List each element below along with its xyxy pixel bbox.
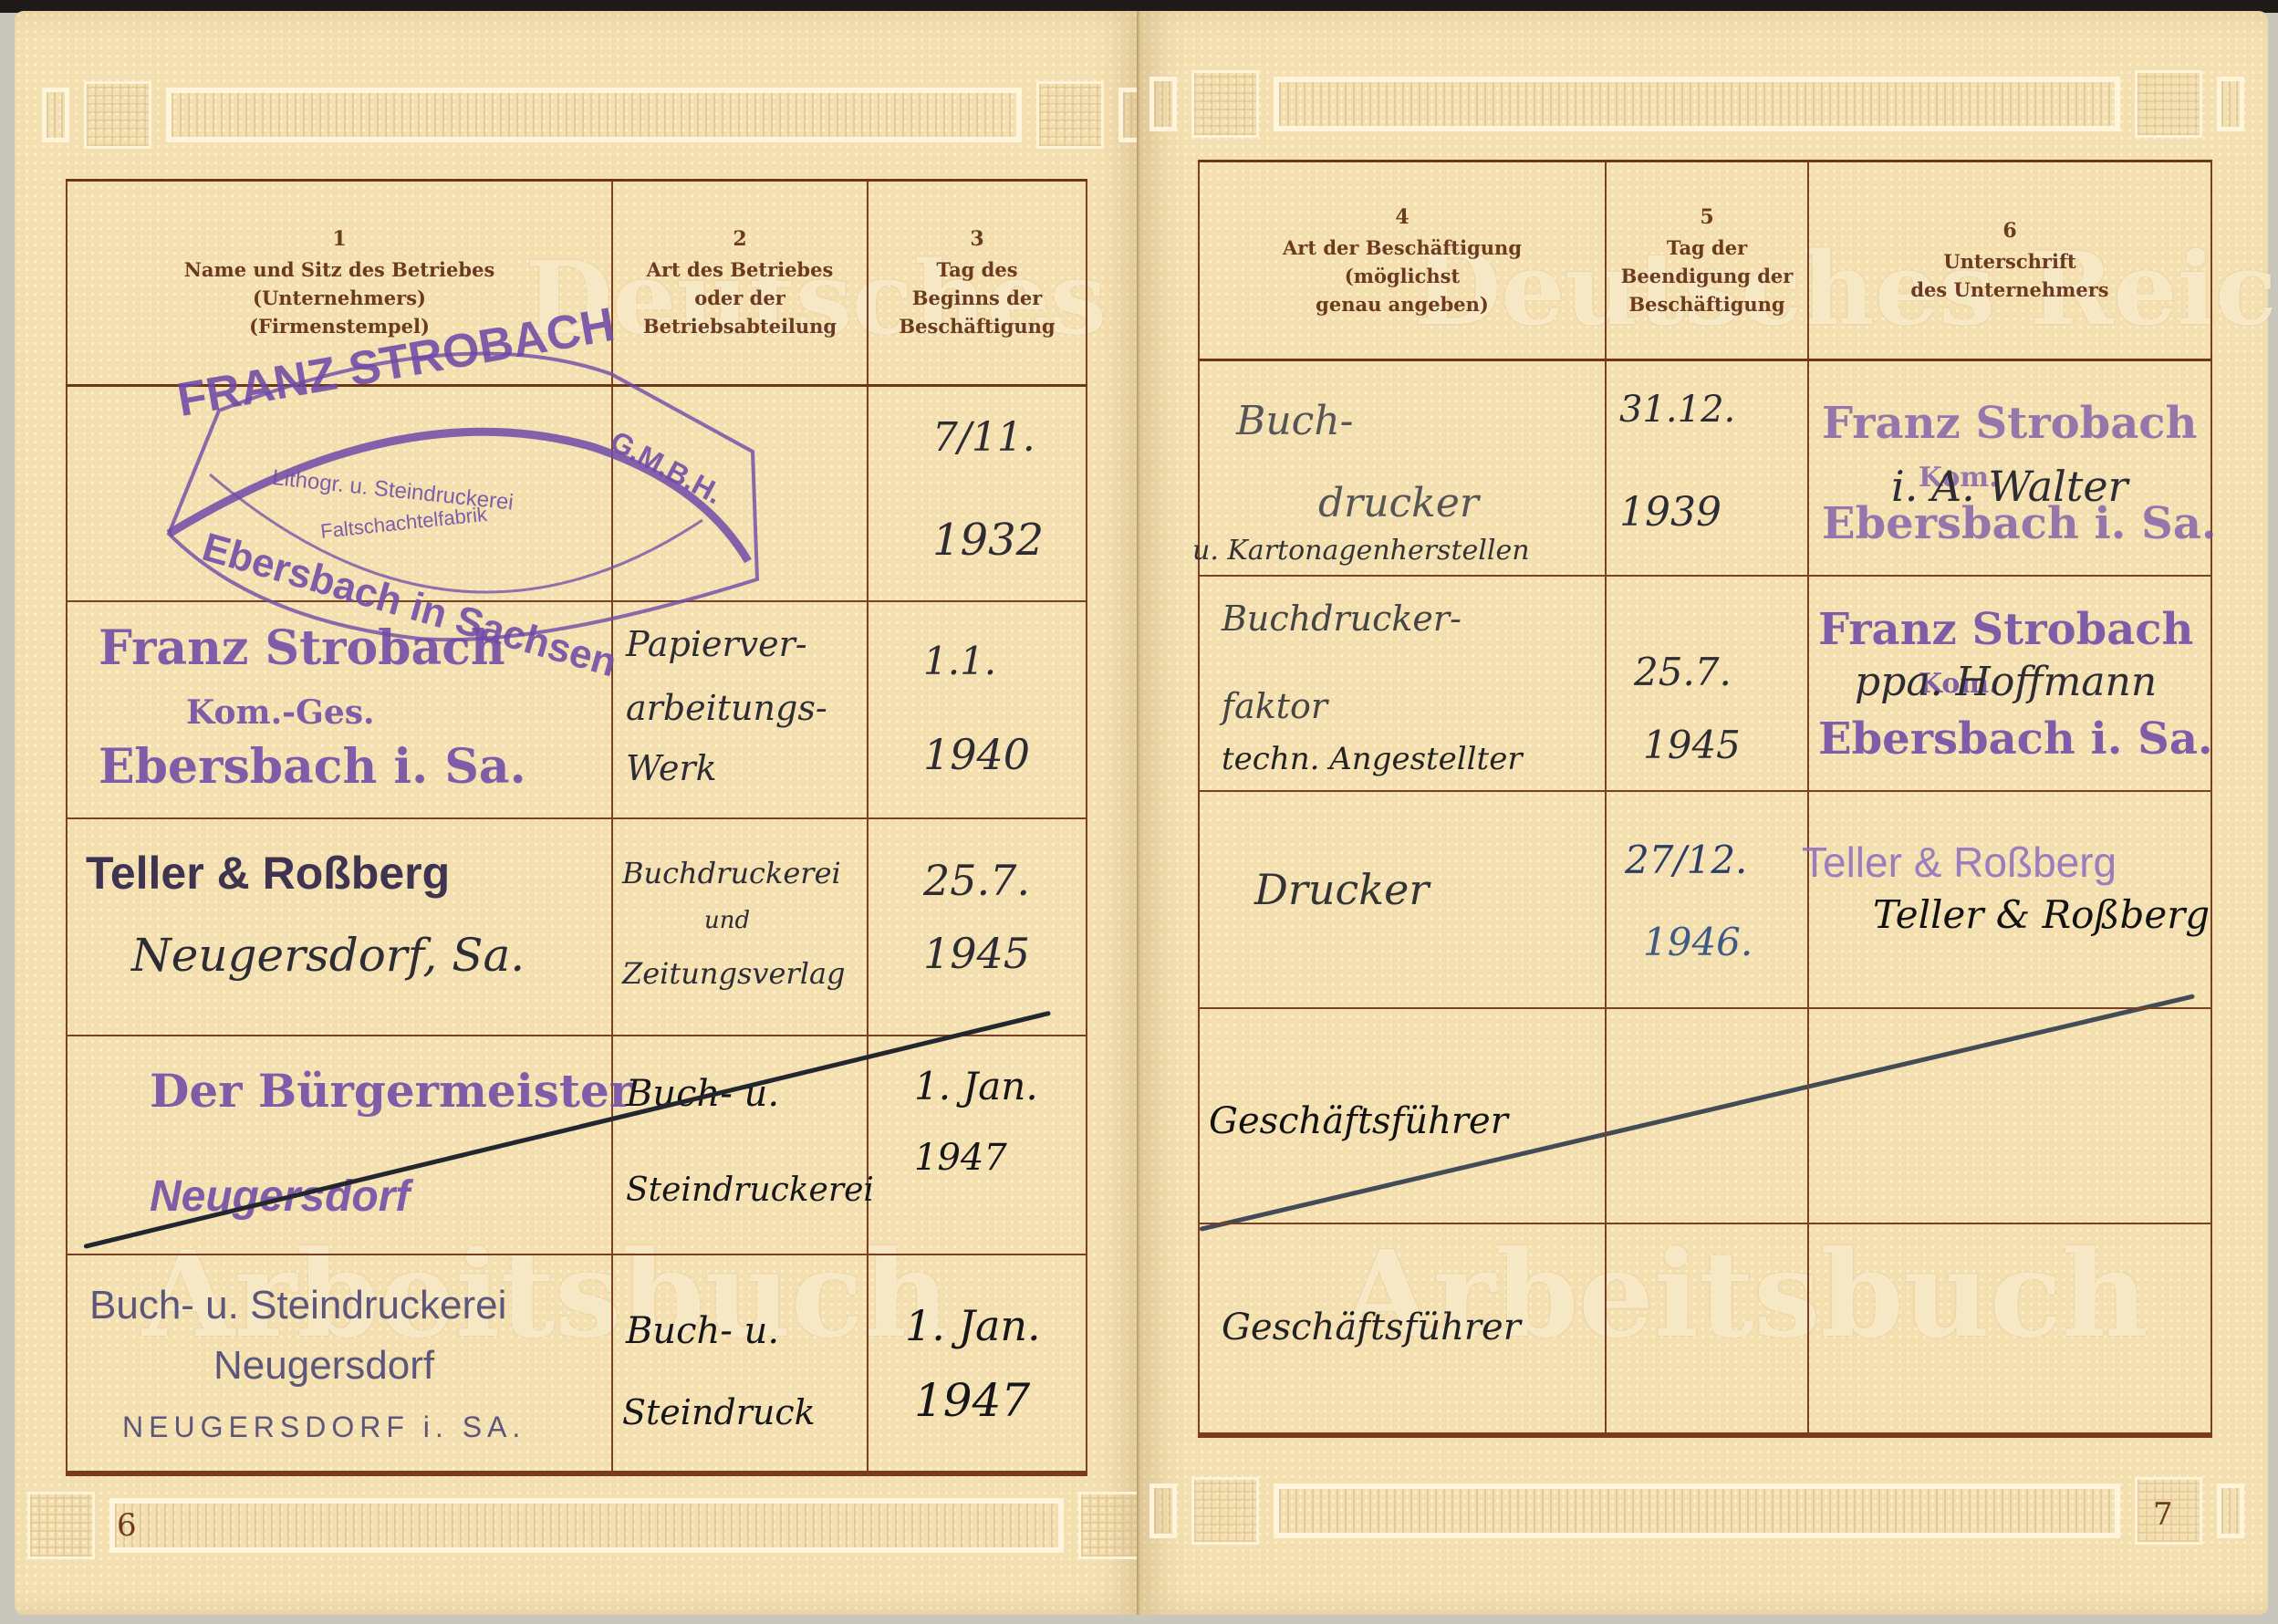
border-emblem-icon	[1191, 70, 1259, 138]
table-row: Geschäftsführer	[1199, 1223, 2211, 1435]
company-stamp: Teller & Roßberg	[86, 847, 450, 900]
business-type-cell: Buch- u. Steindruck	[612, 1254, 868, 1473]
border-emblem-icon	[1078, 1492, 1146, 1559]
border-emblem-icon	[2135, 70, 2202, 138]
table-row: Buchdrucker- faktor techn. Angestellter …	[1199, 576, 2211, 791]
signature-cell: Franz Strobach Kom. Ebersbach i. Sa. ppa…	[1808, 576, 2211, 791]
handwritten-signature: i. A. Walter	[1891, 462, 2128, 511]
table-row: Drucker 27/12. 1946. Teller & Roßberg Te…	[1199, 791, 2211, 1008]
company-stamp: Buch- u. Steindruckerei	[89, 1283, 506, 1328]
border-emblem-icon	[1191, 1477, 1259, 1545]
occupation-cell: Geschäftsführer	[1199, 1008, 1606, 1223]
border-block	[1149, 1483, 1177, 1538]
company-cell: Teller & Roßberg Neugersdorf, Sa.	[67, 818, 612, 1036]
handwritten-signature: Teller & Roßberg	[1873, 892, 2210, 937]
page-number: 6	[117, 1507, 137, 1544]
company-stamp: Der Bürgermeister	[150, 1064, 633, 1118]
start-date-cell: 1.1. 1940	[868, 601, 1087, 818]
bottom-border-band	[27, 1489, 1146, 1562]
column-header: 4Art der Beschäftigung(möglichstgenau an…	[1199, 161, 1606, 360]
end-date-cell: 31.12. 1939	[1606, 360, 1808, 576]
occupation-cell: Buchdrucker- faktor techn. Angestellter	[1199, 576, 1606, 791]
company-cell: Buch- u. Steindruckerei Neugersdorf NEUG…	[67, 1254, 612, 1473]
handwritten-signature: ppa. Hoffmann	[1855, 659, 2157, 705]
occupation-cell: Buch- drucker u. Kartonagenherstellen	[1199, 360, 1606, 576]
top-border-band	[1149, 68, 2244, 141]
border-bar	[1274, 77, 2120, 131]
occupation-cell: Geschäftsführer	[1199, 1223, 1606, 1435]
table-row: Geschäftsführer	[1199, 1008, 2211, 1223]
table-row: Der Bürgermeister Neugersdorf Buch- u. S…	[67, 1036, 1087, 1254]
top-border-band	[42, 78, 1146, 151]
start-date-cell: 7/11. 1932	[868, 386, 1087, 601]
end-date-cell	[1606, 1223, 1808, 1435]
start-date-cell: 1. Jan. 1947	[868, 1254, 1087, 1473]
signature-cell: Teller & Roßberg Teller & Roßberg	[1808, 791, 2211, 1008]
signature-cell: Franz Strobach Kom. Ebersbach i. Sa. i. …	[1808, 360, 2211, 576]
border-block	[1149, 77, 1177, 131]
end-date-cell: 27/12. 1946.	[1606, 791, 1808, 1008]
border-bar	[166, 88, 1022, 142]
end-date-cell	[1606, 1008, 1808, 1223]
table-row: Buch- drucker u. Kartonagenherstellen 31…	[1199, 360, 2211, 576]
column-header: 5Tag derBeendigung derBeschäftigung	[1606, 161, 1808, 360]
page-number: 7	[2153, 1496, 2173, 1533]
signature-cell	[1808, 1223, 2211, 1435]
border-block	[2217, 1483, 2244, 1538]
occupation-cell: Drucker	[1199, 791, 1606, 1008]
border-bar	[109, 1498, 1064, 1553]
border-emblem-icon	[27, 1492, 95, 1559]
border-block	[42, 88, 69, 142]
border-emblem-icon	[1036, 81, 1104, 149]
company-cell: Der Bürgermeister Neugersdorf	[67, 1036, 612, 1254]
table-row: Buch- u. Steindruckerei Neugersdorf NEUG…	[67, 1254, 1087, 1473]
end-date-cell: 25.7. 1945	[1606, 576, 1808, 791]
column-header: 6Unterschriftdes Unternehmers	[1808, 161, 2211, 360]
start-date-cell: 1. Jan. 1947	[868, 1036, 1087, 1254]
signature-cell	[1808, 1008, 2211, 1223]
border-emblem-icon	[84, 81, 151, 149]
table-row: Teller & Roßberg Neugersdorf, Sa. Buchdr…	[67, 818, 1087, 1036]
border-block	[2217, 77, 2244, 131]
start-date-cell: 25.7. 1945	[868, 818, 1087, 1036]
employment-table-right: 4Art der Beschäftigung(möglichstgenau an…	[1198, 160, 2212, 1438]
bottom-border-band	[1149, 1474, 2244, 1547]
border-bar	[1274, 1483, 2120, 1538]
column-header: 3Tag desBeginns derBeschäftigung	[868, 181, 1087, 386]
business-type-cell: Buchdruckerei und Zeitungsverlag	[612, 818, 868, 1036]
